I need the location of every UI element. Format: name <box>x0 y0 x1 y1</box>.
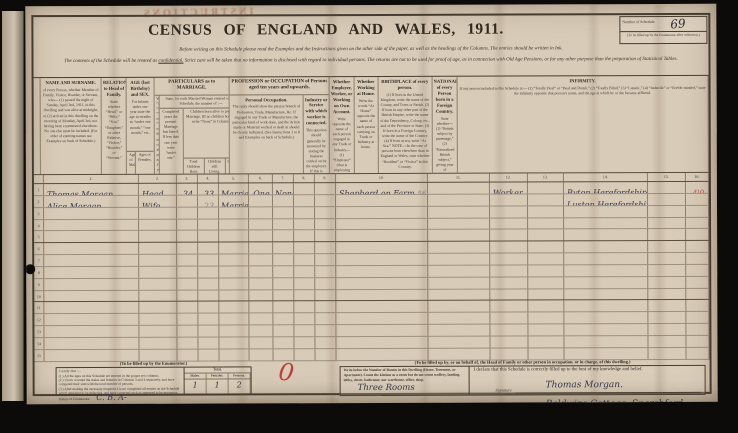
cell-at-home <box>528 253 564 264</box>
cell-infirmity <box>686 288 709 299</box>
cell-employment-status <box>490 206 528 217</box>
cell-children-living <box>294 302 315 313</box>
cell-marriage-condition: Married <box>219 183 249 194</box>
cell-infirmity <box>686 241 709 252</box>
cell-years-married <box>249 254 273 265</box>
cell-employment-status <box>490 277 528 288</box>
cell-at-home <box>528 265 564 276</box>
row-number: 3 <box>34 208 44 219</box>
cell-at-home <box>528 230 564 241</box>
cell-children-born: None <box>273 183 294 194</box>
cell-nationality <box>648 312 686 323</box>
cell-nationality <box>648 300 686 311</box>
cell-marriage-condition <box>219 207 249 218</box>
column-number: 15. <box>648 173 686 181</box>
children-born-note: Children born alive to present Marriage.… <box>183 108 230 157</box>
cell-at-home <box>528 194 564 205</box>
cell-age-female <box>198 207 219 218</box>
cell-industry <box>428 301 490 312</box>
cell-nationality <box>648 229 686 240</box>
column-number: 13. <box>528 173 564 181</box>
cell-industry <box>428 194 490 205</box>
cell-children-living <box>294 242 315 253</box>
cell-infirmity <box>686 229 709 240</box>
totals-col-females: Females. <box>207 374 229 379</box>
cell-employment-status <box>490 242 528 253</box>
cell-age-female <box>198 278 219 289</box>
married-woman-note: State, for each Married Woman entered on… <box>159 95 230 108</box>
table-body: 1Thomas MorganHead3433MarriedOneNoneShep… <box>34 182 710 362</box>
enumerator-certificate: I certify that :— (1.) All the ages on t… <box>56 367 252 396</box>
enumerator-section: (To be filled up by the Enumerator.) I c… <box>56 360 252 395</box>
cell-name <box>44 267 139 278</box>
cell-name: Thomas Morgan <box>44 184 139 195</box>
certificate-item: (2.) I have counted the males and female… <box>59 378 182 387</box>
census-paper: INSTRUCTIONS CENSUS OF ENGLAND AND WALES… <box>25 4 717 404</box>
cell-at-home <box>528 206 564 217</box>
cell-marriage-condition <box>219 243 249 254</box>
column-header-working-at-home: Whether Working at Home. Write the words… <box>355 77 379 173</box>
cell-children-died <box>315 313 336 324</box>
cell-years-married <box>249 337 273 348</box>
cell-infirmity <box>686 336 709 347</box>
column-number-spacer <box>34 175 44 183</box>
cell-age-male <box>177 338 198 349</box>
cell-name <box>44 279 139 290</box>
cell-age-male <box>177 314 198 325</box>
column-header-profession: PROFESSION or OCCUPATION of Persons aged… <box>230 77 330 173</box>
cell-infirmity <box>686 312 709 323</box>
column-number: 4. <box>198 175 219 183</box>
cell-children-living <box>294 254 315 265</box>
cell-nationality <box>648 241 686 252</box>
column-number: 12. <box>490 173 528 181</box>
cell-age-female <box>198 266 219 277</box>
cell-infirmity <box>686 300 709 311</box>
cell-name: Alice Morgan <box>44 196 139 207</box>
cell-relationship: Head <box>139 184 177 195</box>
cell-children-died <box>315 242 336 253</box>
cell-children-living <box>294 337 315 348</box>
cell-employment-status <box>490 254 528 265</box>
cell-children-living <box>294 278 315 289</box>
cell-birthplace <box>564 218 648 229</box>
cell-age-male <box>177 302 198 313</box>
cell-relationship <box>139 231 177 242</box>
column-header-marriage: PARTICULARS as to MARRIAGE. Write “Singl… <box>154 77 230 173</box>
cell-relationship <box>139 255 177 266</box>
cell-at-home <box>528 277 564 288</box>
cell-age-female <box>198 219 219 230</box>
cell-marriage-condition: Married <box>219 195 249 206</box>
cell-nationality <box>648 324 686 335</box>
cell-marriage-condition <box>219 219 249 230</box>
column-header-age-sex: AGE (last Birthday) and SEX. For Infants… <box>127 78 155 174</box>
cell-industry <box>428 277 490 288</box>
cell-employment-status <box>490 301 528 312</box>
column-header-industry: Industry or Service with which worker is… <box>304 95 330 174</box>
cell-children-born <box>273 337 294 348</box>
cell-infirmity <box>686 206 709 217</box>
cell-relationship <box>139 207 177 218</box>
column-number: 1. <box>44 175 139 183</box>
column-header-children-living: Children still Living. <box>205 158 226 174</box>
cell-children-died <box>315 230 336 241</box>
cell-relationship: Wife <box>139 196 177 207</box>
cell-occupation <box>336 313 428 324</box>
column-header-age-males: Ages of Males. <box>127 152 136 174</box>
cell-marriage-condition <box>219 302 249 313</box>
column-header-years-married: Completed years the present Marriage has… <box>159 108 183 173</box>
cell-age-male <box>177 195 198 206</box>
cell-children-born <box>273 325 294 336</box>
certificate-lead: I certify that :— <box>59 369 82 373</box>
cell-nationality <box>648 194 686 205</box>
cell-marriage-condition <box>219 337 249 348</box>
cell-occupation <box>336 195 428 206</box>
cell-years-married <box>249 266 273 277</box>
cell-occupation <box>336 218 428 229</box>
row-number: 13 <box>34 326 44 337</box>
cell-years-married <box>249 231 273 242</box>
column-number: 14. <box>564 173 648 181</box>
cell-age-female <box>198 255 219 266</box>
cell-relationship <box>139 302 177 313</box>
cell-age-male <box>177 326 198 337</box>
cell-age-female <box>198 290 219 301</box>
column-number: 9. <box>315 174 336 182</box>
cell-birthplace <box>564 229 648 240</box>
cell-children-living <box>294 207 315 218</box>
cell-employment-status <box>490 325 528 336</box>
cell-birthplace <box>564 324 648 335</box>
row-number: 1 <box>34 184 44 195</box>
row-number: 6 <box>34 243 44 254</box>
cell-nationality <box>648 182 686 193</box>
column-number: 3. <box>177 175 198 183</box>
cell-years-married <box>249 195 273 206</box>
column-header-nationality: NATIONALITY of every Person born in a Fo… <box>433 77 458 173</box>
cell-employment-status <box>490 230 528 241</box>
cell-employment-status <box>490 218 528 229</box>
totals-females-value: 1 <box>207 379 229 394</box>
householder-section: (To be filled up by, or on behalf of, th… <box>340 359 706 397</box>
enumerator-initials-value: C. B. A- <box>96 393 126 401</box>
adjacent-page-edge <box>2 11 24 401</box>
cell-industry <box>428 183 490 194</box>
cell-relationship <box>139 290 177 301</box>
cell-name <box>44 231 139 242</box>
cell-children-living <box>294 219 315 230</box>
cell-marriage-condition <box>219 266 249 277</box>
cell-age-male <box>177 219 198 230</box>
cell-industry <box>428 206 490 217</box>
cell-age-female <box>198 231 219 242</box>
cell-children-died <box>315 337 336 348</box>
cell-nationality <box>648 336 686 347</box>
cell-age-male <box>177 231 198 242</box>
cell-employment-status <box>490 289 528 300</box>
cell-industry <box>428 230 490 241</box>
cell-children-living <box>294 290 315 301</box>
cell-industry <box>428 325 490 336</box>
cell-occupation <box>336 301 428 312</box>
cell-children-living <box>294 183 315 194</box>
cell-children-living <box>294 195 315 206</box>
cell-infirmity <box>686 324 709 335</box>
row-number: 9 <box>34 279 44 290</box>
column-header-age-females: Ages of Females. <box>136 152 154 174</box>
cell-nationality <box>648 206 686 217</box>
cell-children-died <box>315 325 336 336</box>
row-number: 10 <box>34 291 44 302</box>
cell-age-female <box>198 338 219 349</box>
cell-children-born <box>273 290 294 301</box>
totals-persons-value: 2 <box>229 379 251 394</box>
enumerator-section-title: (To be filled up by the Enumerator.) <box>56 360 252 366</box>
column-number: 7. <box>273 174 294 182</box>
cell-relationship <box>139 267 177 278</box>
totals-col-persons: Persons. <box>229 374 251 379</box>
cell-children-living <box>294 266 315 277</box>
row-number: 2 <box>34 196 44 207</box>
cell-age-female: 23 <box>198 195 219 206</box>
cell-children-born <box>273 195 294 206</box>
cell-age-male <box>177 278 198 289</box>
cell-occupation <box>336 278 428 289</box>
cell-age-male <box>177 243 198 254</box>
cell-nationality <box>648 265 686 276</box>
cell-children-born <box>273 254 294 265</box>
cell-at-home <box>528 242 564 253</box>
form-border: CENSUS OF ENGLAND AND WALES, 1911. Numbe… <box>31 13 711 396</box>
cell-age-female <box>198 302 219 313</box>
signature-value: Thomas Morgan. <box>546 381 623 391</box>
schedule-number-value: 69 <box>670 17 686 30</box>
census-table: NAME AND SURNAME. of every Person, wheth… <box>34 75 710 360</box>
schedule-number-label: Number of Schedule <box>622 18 662 25</box>
confidential-notice: The contents of the Schedule will be tre… <box>41 56 700 66</box>
cell-industry <box>428 265 490 276</box>
cell-years-married <box>249 207 273 218</box>
cell-birthplace <box>564 336 648 347</box>
column-header-infirmity: INFIRMITY. If any person included in thi… <box>457 76 708 173</box>
cell-children-born <box>273 278 294 289</box>
cell-infirmity <box>686 253 709 264</box>
cell-relationship <box>139 314 177 325</box>
column-number: 10. <box>336 174 428 182</box>
cell-occupation <box>336 289 428 300</box>
cell-infirmity: 4|0 <box>686 182 709 193</box>
totals-table: Total. Males. Females. Persons. 1 1 2 <box>184 368 251 394</box>
column-number: 2. <box>139 175 177 183</box>
cell-relationship <box>139 219 177 230</box>
cell-name <box>44 207 139 218</box>
cell-employment-status <box>490 336 528 347</box>
cell-name <box>44 302 139 313</box>
cell-infirmity <box>686 265 709 276</box>
footer-sections: (To be filled up by the Enumerator.) I c… <box>35 357 710 394</box>
cell-birthplace <box>564 277 648 288</box>
cell-occupation <box>336 254 428 265</box>
cell-children-born <box>273 219 294 230</box>
cell-at-home <box>528 313 564 324</box>
cell-age-female <box>198 243 219 254</box>
cell-birthplace <box>564 265 648 276</box>
cell-years-married <box>249 278 273 289</box>
cell-name <box>44 314 139 325</box>
cell-infirmity <box>686 217 709 228</box>
cell-years-married: One <box>249 183 273 194</box>
cell-employment-status: Worker <box>490 182 528 193</box>
table-header: NAME AND SURNAME. of every Person, wheth… <box>34 76 709 174</box>
cell-birthplace <box>564 300 648 311</box>
cell-birthplace <box>564 206 648 217</box>
cell-children-born <box>273 266 294 277</box>
cell-birthplace <box>564 289 648 300</box>
cell-years-married <box>249 243 273 254</box>
cell-children-died <box>315 302 336 313</box>
cell-marriage-condition <box>219 254 249 265</box>
cell-occupation <box>336 242 428 253</box>
column-number: 11. <box>428 174 490 182</box>
cell-occupation <box>336 337 428 348</box>
column-header-name: NAME AND SURNAME. of every Person, wheth… <box>40 78 102 174</box>
cell-children-living <box>294 231 315 242</box>
cell-employment-status <box>490 313 528 324</box>
cell-industry <box>428 218 490 229</box>
cell-children-died <box>315 254 336 265</box>
cell-children-born <box>273 302 294 313</box>
cell-occupation <box>336 206 428 217</box>
cell-occupation <box>336 325 428 336</box>
cell-age-male <box>177 267 198 278</box>
cell-industry <box>428 242 490 253</box>
column-header-relationship: RELATIONSHIP to Head of Family. State wh… <box>102 78 127 174</box>
cell-children-died <box>315 219 336 230</box>
cell-industry <box>428 313 490 324</box>
column-number: 8. <box>294 174 315 182</box>
cell-employment-status <box>490 194 528 205</box>
enumerator-initials-label: Initials of Enumerator. <box>59 398 91 402</box>
cell-children-born <box>273 242 294 253</box>
column-number: 16. <box>686 173 709 181</box>
column-number: 6. <box>249 174 273 182</box>
cell-age-female <box>198 326 219 337</box>
row-number: 5 <box>34 232 44 243</box>
row-number: 11 <box>34 303 44 314</box>
cell-occupation <box>336 266 428 277</box>
hole-punch <box>25 264 35 274</box>
cell-occupation <box>336 230 428 241</box>
cell-industry <box>428 254 490 265</box>
row-number: 7 <box>34 255 44 266</box>
cell-name <box>44 290 139 301</box>
cell-relationship <box>139 243 177 254</box>
cell-children-died <box>315 207 336 218</box>
cell-at-home <box>528 336 564 347</box>
rooms-instruction-box: Write below the Number of Rooms in this … <box>341 367 470 395</box>
cell-marriage-condition <box>219 326 249 337</box>
cell-children-born <box>273 314 294 325</box>
cell-children-died <box>315 195 336 206</box>
cell-infirmity <box>686 277 709 288</box>
column-header-personal-occupation: Personal Occupation. The reply should sh… <box>230 95 304 174</box>
column-header-children-born: Total Children Born Alive. <box>184 158 205 174</box>
cell-marriage-condition <box>219 314 249 325</box>
cell-name <box>44 255 139 266</box>
cell-children-died <box>315 266 336 277</box>
cell-birthplace: Luston Herefordshire440 <box>564 194 648 205</box>
row-number: 12 <box>34 314 44 325</box>
cell-relationship <box>139 326 177 337</box>
cell-birthplace <box>564 241 648 252</box>
column-header-employment-status: Whether Employer, Worker, or Working on … <box>330 77 355 173</box>
cell-name <box>44 219 139 230</box>
column-number: 5. <box>219 174 249 182</box>
cell-children-born <box>273 207 294 218</box>
rooms-value: Three Rooms <box>358 383 466 392</box>
cell-years-married <box>249 314 273 325</box>
cell-age-male <box>177 207 198 218</box>
cell-children-died <box>315 183 336 194</box>
row-number: 8 <box>34 267 44 278</box>
cell-years-married <box>249 325 273 336</box>
cell-children-died <box>315 278 336 289</box>
totals-males-value: 1 <box>185 379 207 394</box>
cell-at-home <box>528 289 564 300</box>
row-number: 14 <box>34 338 44 349</box>
cell-industry <box>428 337 490 348</box>
red-zero-mark: 0 <box>277 359 295 385</box>
cell-occupation: Shepherd on Farm562 <box>336 183 428 194</box>
cell-name <box>44 338 139 349</box>
schedule-number-note: (To be filled up by the Enumerator after… <box>620 32 706 38</box>
preamble-instructions: Before writing on this Schedule please r… <box>33 46 708 55</box>
postal-address-value: Baldwins Cottage, Sparchford <box>546 399 683 404</box>
totals-col-males: Males. <box>185 374 207 379</box>
schedule-number-box: Number of Schedule 69 (To be filled up b… <box>619 16 707 44</box>
cell-marriage-condition <box>219 278 249 289</box>
cell-age-female: 33 <box>198 184 219 195</box>
cell-children-born <box>273 231 294 242</box>
cell-birthplace: Byton Herefordshire440 <box>564 182 648 193</box>
cell-industry <box>428 289 490 300</box>
cell-at-home <box>528 324 564 335</box>
scanned-census-page: INSTRUCTIONS CENSUS OF ENGLAND AND WALES… <box>0 0 738 433</box>
cell-marriage-condition <box>219 231 249 242</box>
cell-children-living <box>294 325 315 336</box>
cell-birthplace <box>564 312 648 323</box>
row-number: 4 <box>34 220 44 231</box>
cell-nationality <box>648 288 686 299</box>
cell-age-male: 34 <box>177 184 198 195</box>
cell-relationship <box>139 278 177 289</box>
cell-nationality <box>648 277 686 288</box>
cell-years-married <box>249 290 273 301</box>
page-title: CENSUS OF ENGLAND AND WALES, 1911. <box>33 21 618 39</box>
cell-at-home <box>528 301 564 312</box>
cell-nationality <box>648 253 686 264</box>
rooms-instruction: Write below the Number of Rooms in this … <box>344 368 466 382</box>
cell-relationship <box>139 338 177 349</box>
column-header-birthplace: BIRTHPLACE of every person. (1) If born … <box>378 77 433 173</box>
cell-age-male <box>177 255 198 266</box>
cell-years-married <box>249 302 273 313</box>
cell-age-male <box>177 290 198 301</box>
cell-marriage-condition <box>219 290 249 301</box>
cell-infirmity <box>686 194 709 205</box>
